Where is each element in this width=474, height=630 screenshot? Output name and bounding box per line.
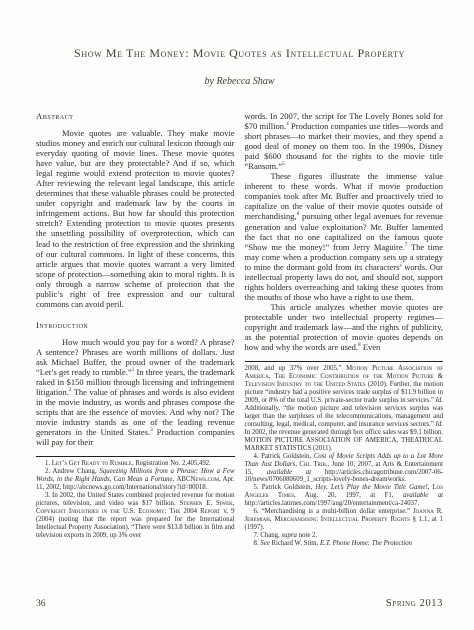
footnote-separator	[245, 361, 444, 362]
left-column: Abstract Movie quotes are valuable. They…	[36, 111, 235, 548]
footnote-4: 4. Patrick Goldstein, Cost of Movie Scri…	[245, 453, 444, 485]
right-footnote-block: 2008, and up 37% over 2005.” Motion Pict…	[245, 361, 444, 548]
footnote-separator	[36, 456, 235, 457]
footnote-3: 3. In 2002, the United States combined p…	[36, 492, 235, 540]
footnote-5: 5. Patrick Goldstein, Hey, Let’s Play th…	[245, 484, 444, 508]
two-column-layout: Abstract Movie quotes are valuable. They…	[36, 111, 443, 548]
byline: by Rebecca Shaw	[36, 76, 443, 87]
page-content: Show Me The Money: Movie Quotes as Intel…	[36, 46, 443, 548]
left-footnote-block: 1. Let’s Get Ready to Rumble, Registrati…	[36, 456, 235, 540]
introduction-heading: Introduction	[36, 320, 235, 330]
footnote-2: 2. Andrew Chang, Squeezing Millions from…	[36, 468, 235, 492]
abstract-heading: Abstract	[36, 111, 235, 121]
page-number: 36	[36, 599, 46, 609]
paper-page: Show Me The Money: Movie Quotes as Intel…	[0, 0, 474, 630]
footnote-1: 1. Let’s Get Ready to Rumble, Registrati…	[36, 460, 235, 468]
body-paragraph-continuation: words. In 2007, the script for The Lovel…	[245, 111, 444, 171]
footnote-6: 6. “Merchandising is a multi-billion dol…	[245, 508, 444, 532]
page-title: Show Me The Money: Movie Quotes as Intel…	[36, 46, 443, 60]
abstract-paragraph: Movie quotes are valuable. They make mov…	[36, 128, 235, 309]
page-footer: 36 Spring 2013	[36, 598, 443, 609]
issue-label: Spring 2013	[386, 598, 443, 609]
body-paragraph-3: This article analyzes whether movie quot…	[245, 302, 444, 352]
footnote-8: 8. See Richard W. Stim, E.T. Phone Home:…	[245, 540, 444, 548]
footnote-7: 7. Chang, supra note 2.	[245, 532, 444, 540]
introduction-paragraph: How much would you pay for a word? A phr…	[36, 337, 235, 448]
footnote-3-continuation: 2008, and up 37% over 2005.” Motion Pict…	[245, 365, 444, 452]
body-paragraph-2: These figures illustrate the immense val…	[245, 171, 444, 302]
right-column: words. In 2007, the script for The Lovel…	[245, 111, 444, 548]
